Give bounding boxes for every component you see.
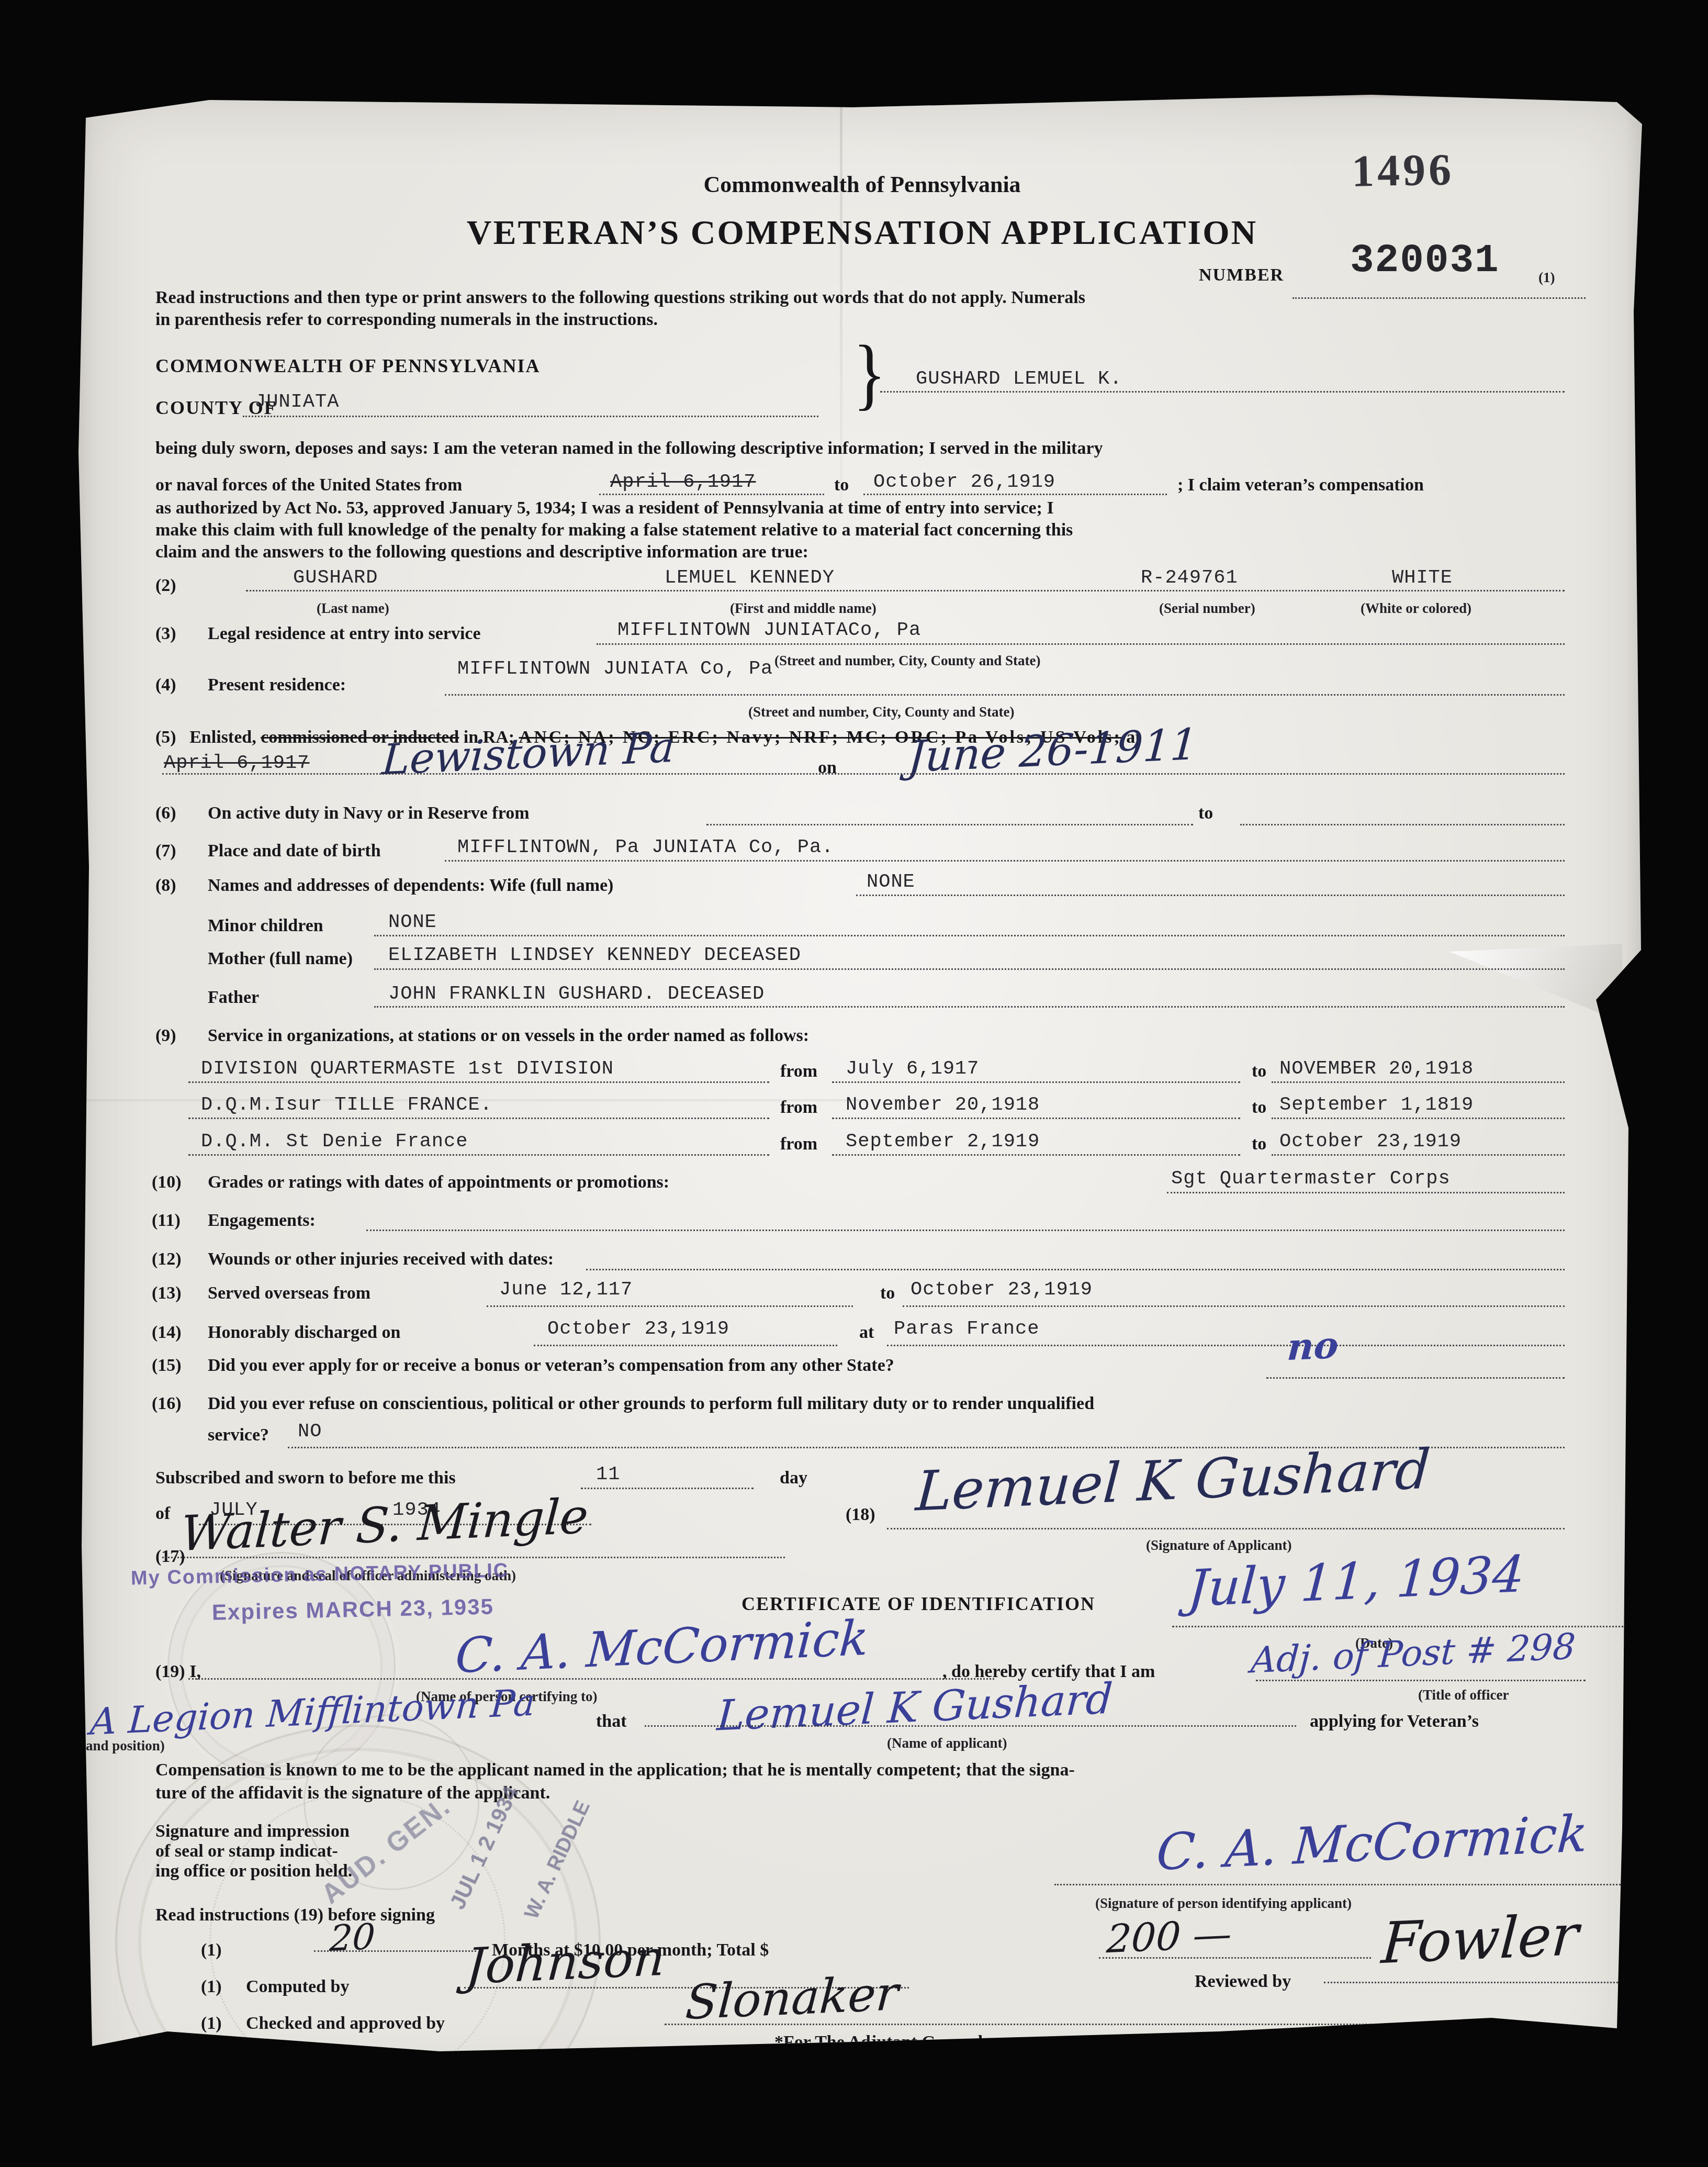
field-11-number: (11): [152, 1211, 181, 1231]
total-handwritten: 200 —: [1105, 1912, 1233, 1962]
field-8-minor-value: NONE: [388, 911, 437, 933]
service-to-line: [863, 494, 1167, 495]
field-2-sub-last: (Last name): [317, 600, 389, 617]
applicant-signature-line: [887, 1528, 1565, 1529]
field-15-answer-handwritten: no: [1286, 1323, 1340, 1369]
total-line: [1099, 1957, 1371, 1959]
computed-by-signature: Johnson: [464, 1929, 667, 1995]
read-instructions-note: Read instructions (19) before signing: [155, 1905, 435, 1925]
venue-brace: }: [853, 328, 886, 420]
clerk-name-stamp: W. A. RIDDLE: [521, 1797, 595, 1923]
field-12-label: Wounds or other injuries received with d…: [208, 1249, 554, 1269]
applicant-signature: Lemuel K Gushard: [914, 1437, 1432, 1523]
service-row-2-line-org: [188, 1118, 769, 1119]
field-4-line: [445, 694, 1565, 696]
oath-paragraph-5: claim and the answers to the following q…: [155, 542, 808, 562]
field-8-number: (8): [155, 876, 176, 896]
certifier-title-handwritten: Adj. of Post # 298: [1250, 1626, 1577, 1681]
service-row-1-line-from: [832, 1081, 1240, 1083]
tear-flap: [1449, 944, 1622, 1022]
field-13-line-from: [487, 1305, 853, 1307]
notary-stamp-line2: Expires MARCH 23, 1935: [212, 1594, 495, 1625]
field-3-number: (3): [155, 624, 176, 644]
service-row-2-from: November 20,1918: [846, 1094, 1040, 1116]
field-2-sub-race: (White or colored): [1361, 600, 1471, 617]
certifier-signature-line: [188, 1678, 994, 1680]
oath-paragraph-3: as authorized by Act No. 53, approved Ja…: [155, 498, 1054, 518]
certificate-body-1: Compensation is known to me to be the ap…: [155, 1760, 1075, 1780]
field-8-mother-label: Mother (full name): [208, 949, 353, 969]
field-4-value: MIFFLINTOWN JUNIATA Co, Pa: [457, 658, 773, 680]
identifier-signature-line: [1054, 1884, 1661, 1885]
number-line: [1293, 297, 1586, 299]
number-footnote: (1): [1538, 270, 1555, 286]
identifier-signature: C. A. McCormick: [1155, 1804, 1589, 1882]
scanned-document-canvas: 1496 Commonwealth of Pennsylvania VETERA…: [0, 0, 1708, 2167]
field-8-father-label: Father: [208, 988, 259, 1008]
service-row-1-org: DIVISION QUARTERMASTE 1st DIVISION: [201, 1058, 614, 1080]
service-row-3-line-to: [1272, 1154, 1565, 1156]
field-12-line: [586, 1269, 1565, 1270]
instructions-line-1: Read instructions and then type or print…: [155, 288, 1085, 308]
commonwealth-heading: Commonwealth of Pennsylvania: [78, 171, 1646, 198]
certifier-title-sub: (Title of officer: [1418, 1687, 1509, 1703]
service-row-3-from: September 2,1919: [846, 1131, 1040, 1153]
field-14-label: Honorably discharged on: [208, 1323, 400, 1343]
field-10-value: Sgt Quartermaster Corps: [1171, 1168, 1451, 1190]
field-13-from: June 12,117: [499, 1279, 633, 1301]
reviewed-by-signature: Fowler: [1379, 1903, 1580, 1977]
field-8-minor-label: Minor children: [208, 916, 323, 936]
applicant-name-line: [880, 391, 1565, 393]
field-9-number: (9): [155, 1026, 176, 1046]
field-2-number: (2): [155, 576, 176, 596]
field-11-line: [366, 1230, 1565, 1231]
field-10-number: (10): [152, 1172, 182, 1192]
field-6-line-to: [1240, 824, 1565, 825]
field-15-line: [1266, 1377, 1565, 1379]
oath-paragraph-1: being duly sworn, deposes and says: I am…: [155, 439, 1103, 459]
sworn-line1: Subscribed and sworn to before me this: [155, 1468, 456, 1488]
field-2-race: WHITE: [1392, 567, 1453, 589]
service-row-3-to-label: to: [1252, 1134, 1266, 1154]
sworn-day-value: 11: [596, 1464, 620, 1485]
service-row-3-to: October 23,1919: [1279, 1131, 1462, 1153]
checked-by-label: Checked and approved by: [246, 2014, 445, 2034]
oath-to-label: to: [834, 475, 849, 495]
sworn-of-label: of: [155, 1504, 170, 1524]
service-row-3-org: D.Q.M. St Denie France: [201, 1131, 468, 1153]
field-3-sub: (Street and number, City, County and Sta…: [774, 653, 1041, 669]
service-row-1-from: July 6,1917: [846, 1058, 979, 1080]
months-note-number: (1): [201, 1940, 222, 1960]
identifier-signature-sub: (Signature of person identifying applica…: [1095, 1895, 1352, 1912]
service-row-1-line-org: [188, 1081, 769, 1083]
field-8-minor-line: [374, 935, 1565, 936]
field-3-label: Legal residence at entry into service: [208, 624, 481, 644]
field-16-answer: NO: [298, 1421, 322, 1443]
field-3-line: [597, 643, 1565, 645]
field-2-line: [246, 590, 1565, 591]
field-4-sub: (Street and number, City, County and Sta…: [748, 704, 1015, 720]
field-8-mother-value: ELIZABETH LINDSEY KENNEDY DECEASED: [388, 944, 801, 966]
field-14-number: (14): [152, 1323, 182, 1343]
oath-paragraph-2-pre: or naval forces of the United States fro…: [155, 475, 462, 495]
certificate-that-label: that: [596, 1712, 627, 1732]
field-7-label: Place and date of birth: [208, 841, 381, 861]
field-5-line: [162, 773, 1565, 775]
field-6-line-from: [706, 824, 1193, 825]
position-sub: and position): [86, 1738, 165, 1754]
field-8-line: [856, 895, 1565, 896]
field-14-at-label: at: [859, 1323, 874, 1343]
service-from-line: [599, 494, 824, 495]
certifier-position-handwritten: A Legion Mifflintown Pa: [89, 1681, 536, 1743]
field-2-sub-serial: (Serial number): [1159, 600, 1255, 617]
service-row-1-line-to: [1272, 1081, 1565, 1083]
field-16-line2: service?: [208, 1425, 269, 1445]
field-15-number: (15): [152, 1356, 182, 1376]
service-to-date: October 26,1919: [873, 471, 1055, 493]
sworn-day-label: day: [780, 1468, 807, 1488]
field-16-line1: Did you ever refuse on conscientious, po…: [208, 1394, 1094, 1414]
field-13-label: Served overseas from: [208, 1283, 370, 1303]
field-2-last-name: GUSHARD: [293, 567, 378, 589]
field-5-date-struck: April 6,1917: [164, 752, 309, 774]
certificate-date-handwritten: July 11, 1934: [1186, 1545, 1526, 1618]
field-9-label: Service in organizations, at stations or…: [208, 1026, 809, 1046]
computed-note-number: (1): [201, 1977, 222, 1997]
reviewed-by-label: Reviewed by: [1195, 1972, 1291, 1992]
field-8-father-value: JOHN FRANKLIN GUSHARD. DECEASED: [388, 983, 765, 1005]
field-6-to-label: to: [1198, 803, 1213, 823]
field-14-line-place: [887, 1345, 1565, 1346]
field-15-label: Did you ever apply for or receive a bonu…: [208, 1356, 894, 1376]
service-row-2-line-to: [1272, 1118, 1565, 1119]
sworn-day-line: [581, 1488, 754, 1489]
service-row-3-from-label: from: [780, 1134, 817, 1154]
service-row-2-line-from: [832, 1118, 1240, 1119]
county-value: JUNIATA: [254, 391, 339, 413]
field-14-place: Paras France: [894, 1318, 1039, 1340]
number-value: 320031: [1350, 238, 1500, 283]
service-row-2-to: September 1,1819: [1279, 1094, 1474, 1116]
service-row-3-line-from: [832, 1154, 1240, 1156]
commonwealth-venue: COMMONWEALTH OF PENNSYLVANIA: [155, 355, 540, 377]
field-12-number: (12): [152, 1249, 182, 1269]
oath-paragraph-2-post: ; I claim veteran’s compensation: [1177, 475, 1424, 495]
months-line: [314, 1950, 476, 1952]
service-from-date: April 6,1917: [610, 471, 756, 493]
oath-paragraph-4: make this claim with full knowledge of t…: [155, 520, 1073, 540]
computed-by-label: Computed by: [246, 1977, 349, 1997]
notary-stamp-line1: My Commission as NOTARY PUBLIC: [131, 1559, 509, 1590]
field-13-to: October 23,1919: [911, 1279, 1093, 1301]
seal-note-line3: ing office or position held.: [155, 1861, 352, 1881]
application-form-page: 1496 Commonwealth of Pennsylvania VETERA…: [78, 92, 1646, 2094]
months-handwritten: 20: [329, 1916, 376, 1960]
service-row-1-to-label: to: [1252, 1062, 1266, 1081]
field-18-number: (18): [846, 1505, 875, 1525]
field-14-line-date: [534, 1345, 837, 1346]
field-4-label: Present residence:: [208, 675, 346, 695]
officer-signature-line: [162, 1557, 785, 1558]
applicant-name-cert-line: [645, 1725, 1296, 1727]
seal-note-line2: of seal or stamp indicat-: [155, 1841, 338, 1861]
checked-by-signature: Slonaker: [684, 1966, 900, 2030]
certificate-date-line: [1172, 1626, 1659, 1627]
field-8-mother-line: [374, 968, 1565, 970]
service-row-2-from-label: from: [780, 1098, 817, 1118]
reviewed-by-line: [1324, 1982, 1659, 1983]
service-row-2-org: D.Q.M.Isur TILLE FRANCE.: [201, 1094, 492, 1116]
field-16-number: (16): [152, 1394, 182, 1414]
applying-label: applying for Veteran’s: [1310, 1712, 1479, 1732]
field-2-serial-number: R-249761: [1141, 567, 1238, 589]
checked-by-line: [665, 2024, 1371, 2025]
applicant-name-cert-sub: (Name of applicant): [887, 1735, 1007, 1751]
field-2-first-name: LEMUEL KENNEDY: [665, 567, 835, 589]
field-4-number: (4): [155, 675, 176, 695]
certifier-signature: C. A. McCormick: [454, 1610, 870, 1684]
certificate-body-2: ture of the affidavit is the signature o…: [155, 1783, 550, 1803]
field-7-number: (7): [155, 841, 176, 861]
applicant-name-typed: GUSHARD LEMUEL K.: [916, 368, 1122, 390]
service-row-1-to: NOVEMBER 20,1918: [1279, 1058, 1474, 1080]
field-3-value: MIFFLINTOWN JUNIATACo, Pa: [617, 619, 921, 641]
field-8-father-line: [374, 1006, 1565, 1008]
field-6-label: On active duty in Navy or in Reserve fro…: [208, 803, 529, 823]
certificate-title: CERTIFICATE OF IDENTIFICATION: [735, 1593, 1102, 1615]
field-11-label: Engagements:: [208, 1211, 316, 1231]
adjutant-general-footer: *For The Adjutant General.: [774, 2032, 987, 2052]
seal-note-line1: Signature and impression: [155, 1822, 350, 1841]
field-8-wife-value: NONE: [867, 871, 915, 893]
field-7-line: [445, 860, 1565, 862]
field-13-to-label: to: [880, 1283, 895, 1303]
field-13-number: (13): [152, 1283, 182, 1303]
field-13-line-to: [903, 1305, 1565, 1307]
instructions-line-2: in parenthesis refer to corresponding nu…: [155, 310, 658, 330]
number-label: NUMBER: [1199, 265, 1284, 285]
field-5-pre: Enlisted,: [189, 728, 256, 747]
field-6-number: (6): [155, 803, 176, 823]
field-14-date: October 23,1919: [547, 1318, 729, 1340]
field-8-label: Names and addresses of dependents: Wife …: [208, 876, 613, 896]
field-2-sub-first: (First and middle name): [730, 600, 877, 617]
field-5-on-label: on: [818, 758, 837, 778]
service-row-2-to-label: to: [1252, 1098, 1266, 1118]
certifier-title-line: [1256, 1680, 1586, 1681]
field-10-label: Grades or ratings with dates of appointm…: [208, 1172, 669, 1192]
field-5-number: (5): [155, 728, 176, 747]
service-row-3-line-org: [188, 1154, 769, 1156]
field-10-line: [1167, 1192, 1565, 1193]
service-row-1-from-label: from: [780, 1062, 817, 1081]
applicant-name-handwritten: Lemuel K Gushard: [716, 1674, 1115, 1740]
county-line: [243, 416, 818, 417]
field-7-value: MIFFLINTOWN, Pa JUNIATA Co, Pa.: [457, 836, 834, 858]
checked-note-number: (1): [201, 2014, 222, 2034]
applicant-signature-sub: (Signature of Applicant): [1146, 1537, 1292, 1554]
